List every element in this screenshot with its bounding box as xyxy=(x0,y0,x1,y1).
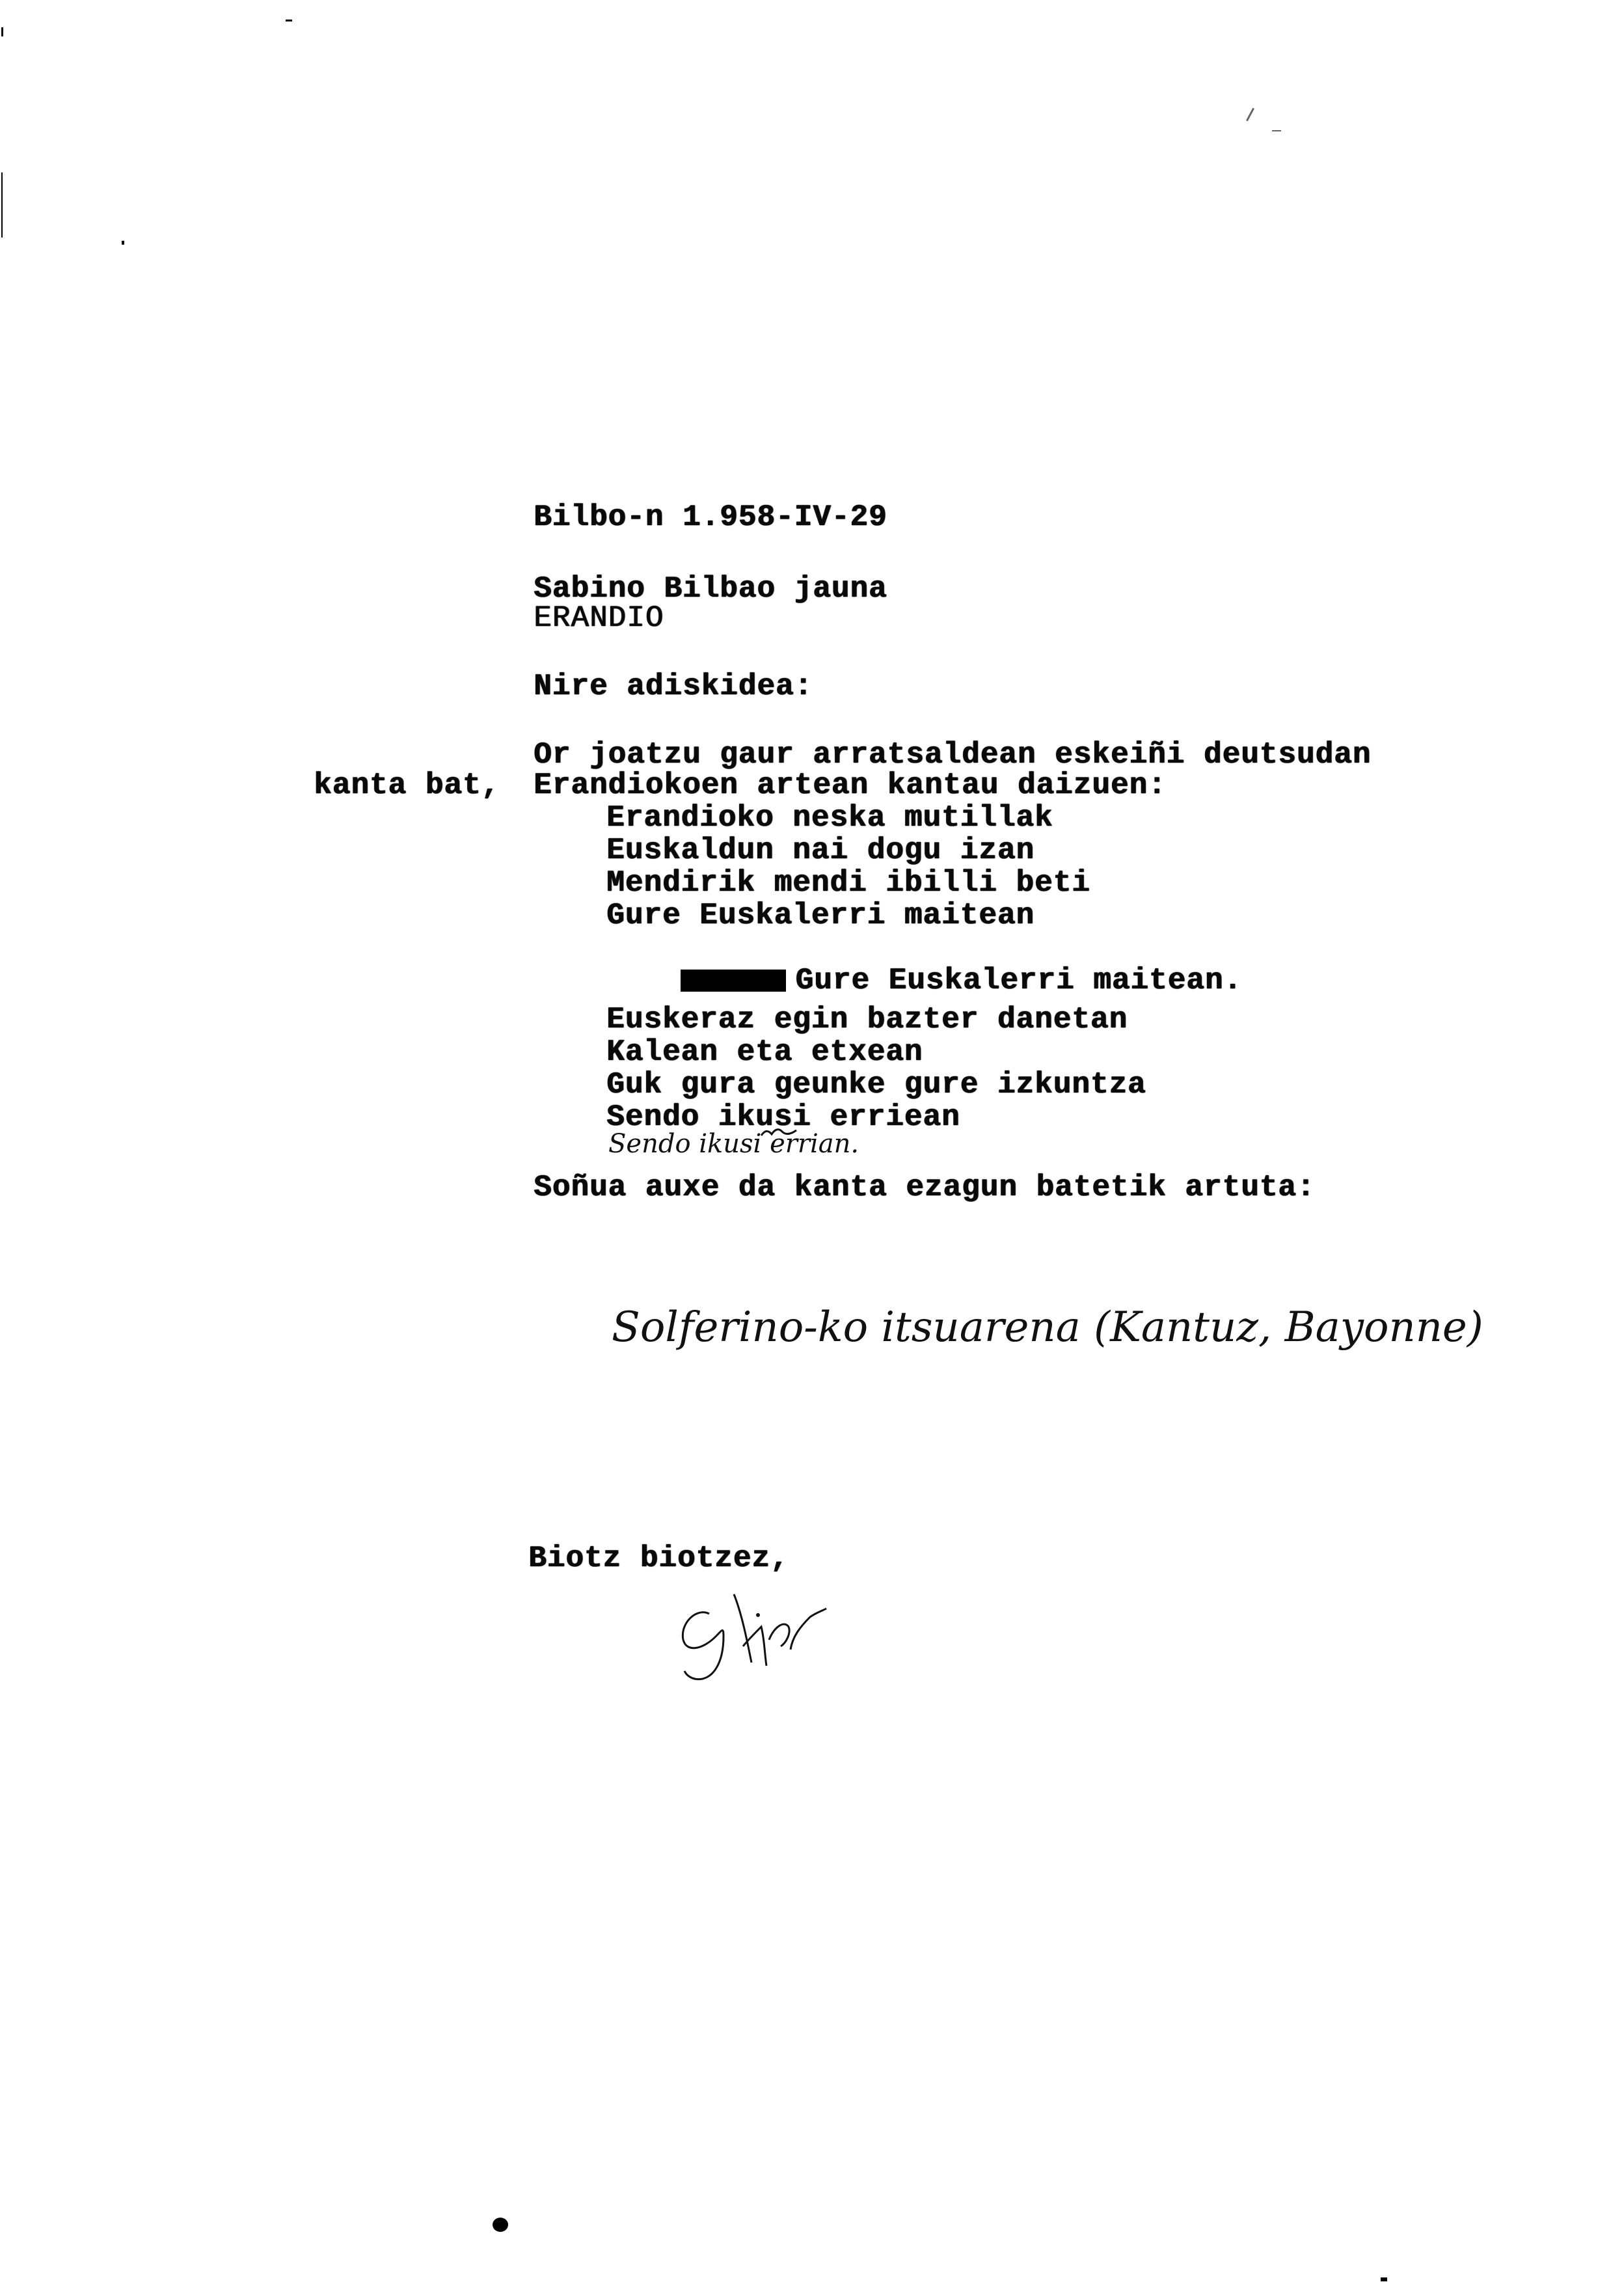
scan-mark xyxy=(122,241,124,245)
date-line: Bilbo-n 1.958-IV-29 xyxy=(534,501,887,534)
melody-intro: Soñua auxe da kanta ezagun batetik artut… xyxy=(534,1171,1315,1204)
handwritten-correction: Sendo ikusi errian. xyxy=(608,1129,859,1159)
verse-line: Erandioko neska mutillak xyxy=(606,802,1053,834)
verse-line-text: Gure Euskalerri maitean. xyxy=(795,964,1242,998)
intro-line-2: Erandiokoen artean kantau daizuen: xyxy=(534,769,1167,802)
scan-mark xyxy=(1246,108,1254,122)
verse-line: Mendirik mendi ibilli beti xyxy=(606,867,1090,899)
signature xyxy=(670,1588,833,1698)
salutation: Nire adiskidea: xyxy=(534,670,813,703)
letter-page: Bilbo-n 1.958-IV-29 Sabino Bilbao jauna … xyxy=(0,0,1624,2282)
verse-line: Euskaldun nai dogu izan xyxy=(606,834,1035,867)
ink-dot xyxy=(493,2218,508,2232)
scan-mark xyxy=(1,172,3,238)
closing: Biotz biotzez, xyxy=(528,1542,789,1575)
scan-mark xyxy=(1272,130,1281,131)
scan-mark xyxy=(1,27,3,36)
intro-margin-text: kanta bat, xyxy=(314,769,500,802)
verse-line: Gure Euskalerri maitean xyxy=(606,899,1035,932)
recipient-place: ERANDIO xyxy=(534,602,664,634)
scan-mark xyxy=(1381,2277,1387,2281)
verse-line: Kalean eta etxean xyxy=(606,1036,923,1068)
verse-line: Euskeraz egin bazter danetan xyxy=(606,1003,1128,1036)
recipient-name: Sabino Bilbao jauna xyxy=(534,573,887,605)
handwritten-melody-source: Solferino-ko itsuarena (Kantuz, Bayonne) xyxy=(612,1301,1483,1353)
struck-out-word xyxy=(681,970,786,992)
intro-line-1: Or joatzu gaur arratsaldean eskeiñi deut… xyxy=(534,739,1371,771)
verse-line: Guk gura geunke gure izkuntza xyxy=(606,1068,1146,1101)
scan-mark xyxy=(286,20,292,21)
